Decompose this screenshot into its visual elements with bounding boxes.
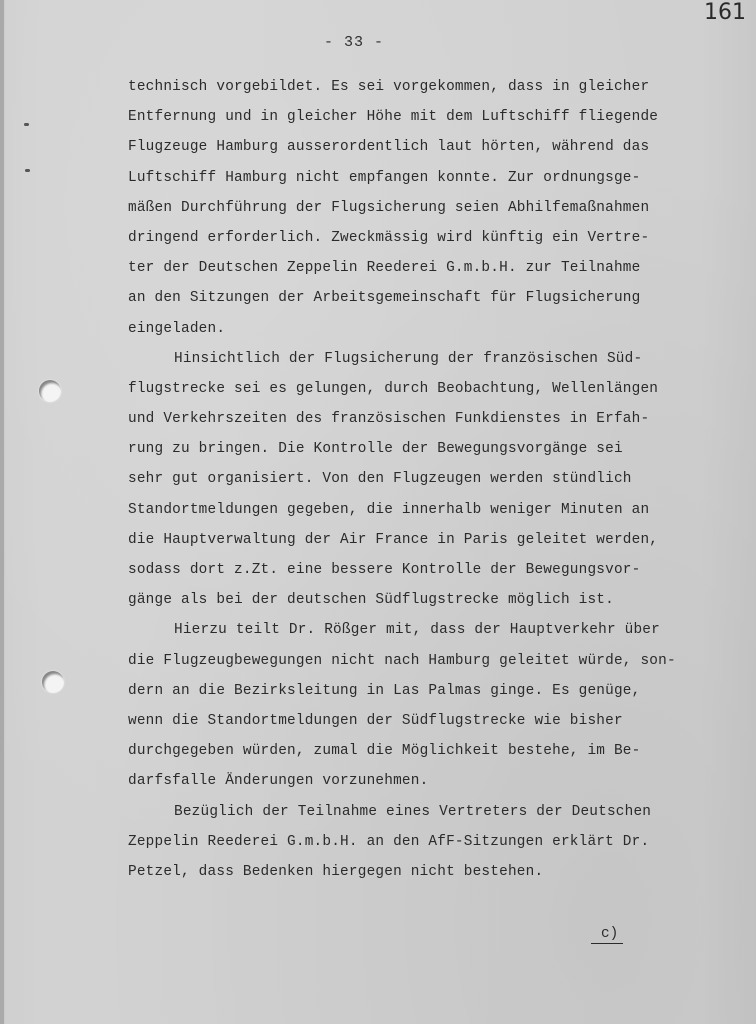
text-line: darfsfalle Änderungen vorzunehmen. xyxy=(128,766,728,796)
punch-hole-bottom xyxy=(42,671,64,693)
punch-hole-top xyxy=(39,380,61,402)
text-line: Flugzeuge Hamburg ausserordentlich laut … xyxy=(128,132,728,162)
text-line: technisch vorgebildet. Es sei vorgekomme… xyxy=(128,72,728,102)
document-page: 161 - 33 - technisch vorgebildet. Es sei… xyxy=(0,0,756,1024)
text-line: Luftschiff Hamburg nicht empfangen konnt… xyxy=(128,163,728,193)
page-number: - 33 - xyxy=(324,34,384,51)
continuation-marker: c) xyxy=(591,926,623,944)
archive-page-number: 161 xyxy=(704,0,746,25)
text-line: sodass dort z.Zt. eine bessere Kontrolle… xyxy=(128,555,728,585)
text-line: eingeladen. xyxy=(128,314,728,344)
text-line: und Verkehrszeiten des französischen Fun… xyxy=(128,404,728,434)
text-line: flugstrecke sei es gelungen, durch Beoba… xyxy=(128,374,728,404)
text-line: Bezüglich der Teilnahme eines Vertreters… xyxy=(128,797,728,827)
text-line: Hinsichtlich der Flugsicherung der franz… xyxy=(128,344,728,374)
text-line: Hierzu teilt Dr. Rößger mit, dass der Ha… xyxy=(128,615,728,645)
text-line: an den Sitzungen der Arbeitsgemeinschaft… xyxy=(128,283,728,313)
text-line: Standortmeldungen gegeben, die innerhalb… xyxy=(128,495,728,525)
page-edge xyxy=(0,0,4,1024)
text-line: sehr gut organisiert. Von den Flugzeugen… xyxy=(128,464,728,494)
text-line: die Flugzeugbewegungen nicht nach Hambur… xyxy=(128,646,728,676)
text-line: Zeppelin Reederei G.m.b.H. an den AfF-Si… xyxy=(128,827,728,857)
text-line: dringend erforderlich. Zweckmässig wird … xyxy=(128,223,728,253)
text-line: ter der Deutschen Zeppelin Reederei G.m.… xyxy=(128,253,728,283)
text-line: dern an die Bezirksleitung in Las Palmas… xyxy=(128,676,728,706)
text-line: Petzel, dass Bedenken hiergegen nicht be… xyxy=(128,857,728,887)
text-line: mäßen Durchführung der Flugsicherung sei… xyxy=(128,193,728,223)
text-line: wenn die Standortmeldungen der Südflugst… xyxy=(128,706,728,736)
text-line: Entfernung und in gleicher Höhe mit dem … xyxy=(128,102,728,132)
staple-mark xyxy=(25,169,30,172)
text-line: rung zu bringen. Die Kontrolle der Beweg… xyxy=(128,434,728,464)
staple-mark xyxy=(24,123,29,126)
text-line: gänge als bei der deutschen Südflugstrec… xyxy=(128,585,728,615)
text-line: die Hauptverwaltung der Air France in Pa… xyxy=(128,525,728,555)
typewritten-body: technisch vorgebildet. Es sei vorgekomme… xyxy=(128,72,728,887)
text-line: durchgegeben würden, zumal die Möglichke… xyxy=(128,736,728,766)
